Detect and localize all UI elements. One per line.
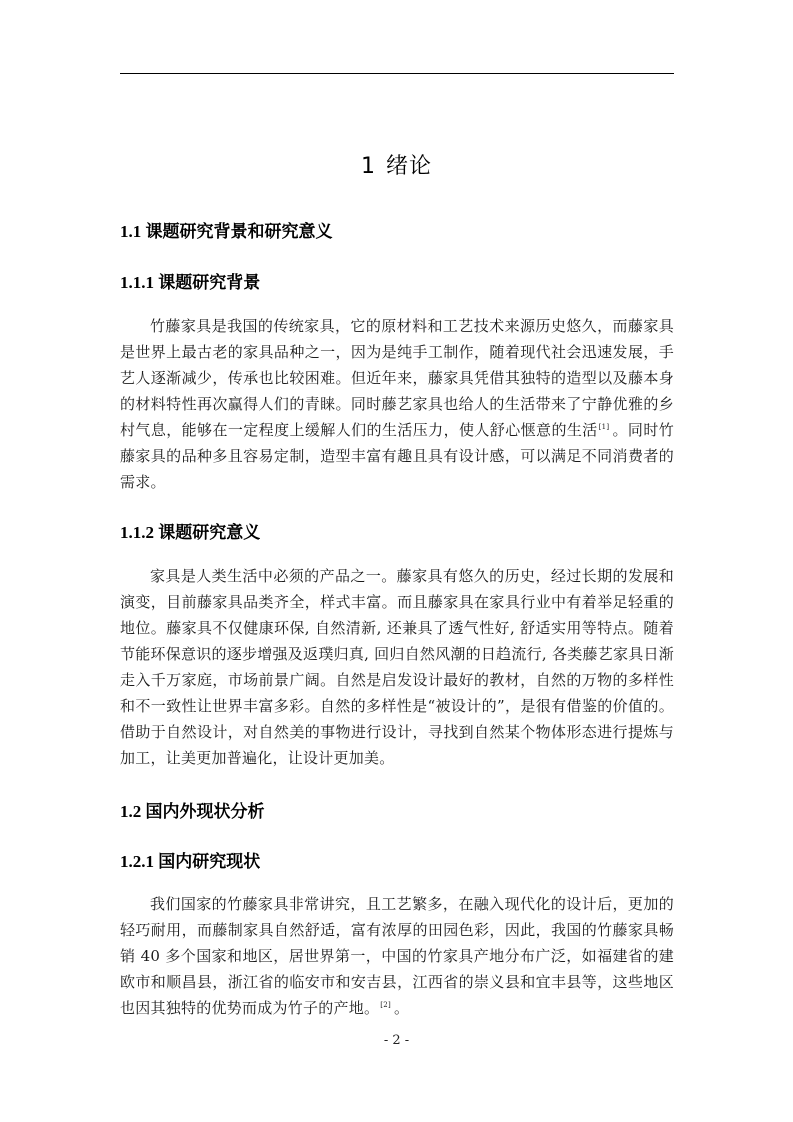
chapter-title: 1绪论 [0, 152, 793, 182]
page-number: - 2 - [0, 1032, 793, 1050]
section-heading-1-1-1: 1.1.1 课题研究背景 [120, 271, 260, 295]
citation-1[interactable]: [1] [599, 423, 610, 431]
section-heading-1-2-1: 1.2.1 国内研究现状 [120, 850, 260, 874]
section-heading-1-2: 1.2 国内外现状分析 [120, 800, 265, 824]
chapter-title-text: 绪论 [386, 154, 432, 179]
chapter-number: 1 [361, 154, 376, 179]
section-heading-1-1-2: 1.1.2 课题研究意义 [120, 521, 260, 545]
paragraph-research-significance: 家具是人类生活中必须的产品之一。藤家具有悠久的历史，经过长期的发展和演变，目前藤… [120, 563, 674, 771]
paragraph-text-continued: 。 [394, 999, 409, 1017]
paragraph-research-background: 竹藤家具是我国的传统家具，它的原材料和工艺技术来源历史悠久，而藤家具是世界上最古… [120, 313, 674, 495]
section-heading-1-1: 1.1 课题研究背景和研究意义 [120, 220, 333, 244]
paragraph-domestic-research: 我们国家的竹藤家具非常讲究，且工艺繁多，在融入现代化的设计后，更加的轻巧耐用，而… [120, 891, 674, 1021]
header-rule [120, 73, 674, 74]
paragraph-text: 竹藤家具是我国的传统家具，它的原材料和工艺技术来源历史悠久，而藤家具是世界上最古… [120, 317, 674, 439]
citation-2[interactable]: [2] [380, 1001, 391, 1009]
